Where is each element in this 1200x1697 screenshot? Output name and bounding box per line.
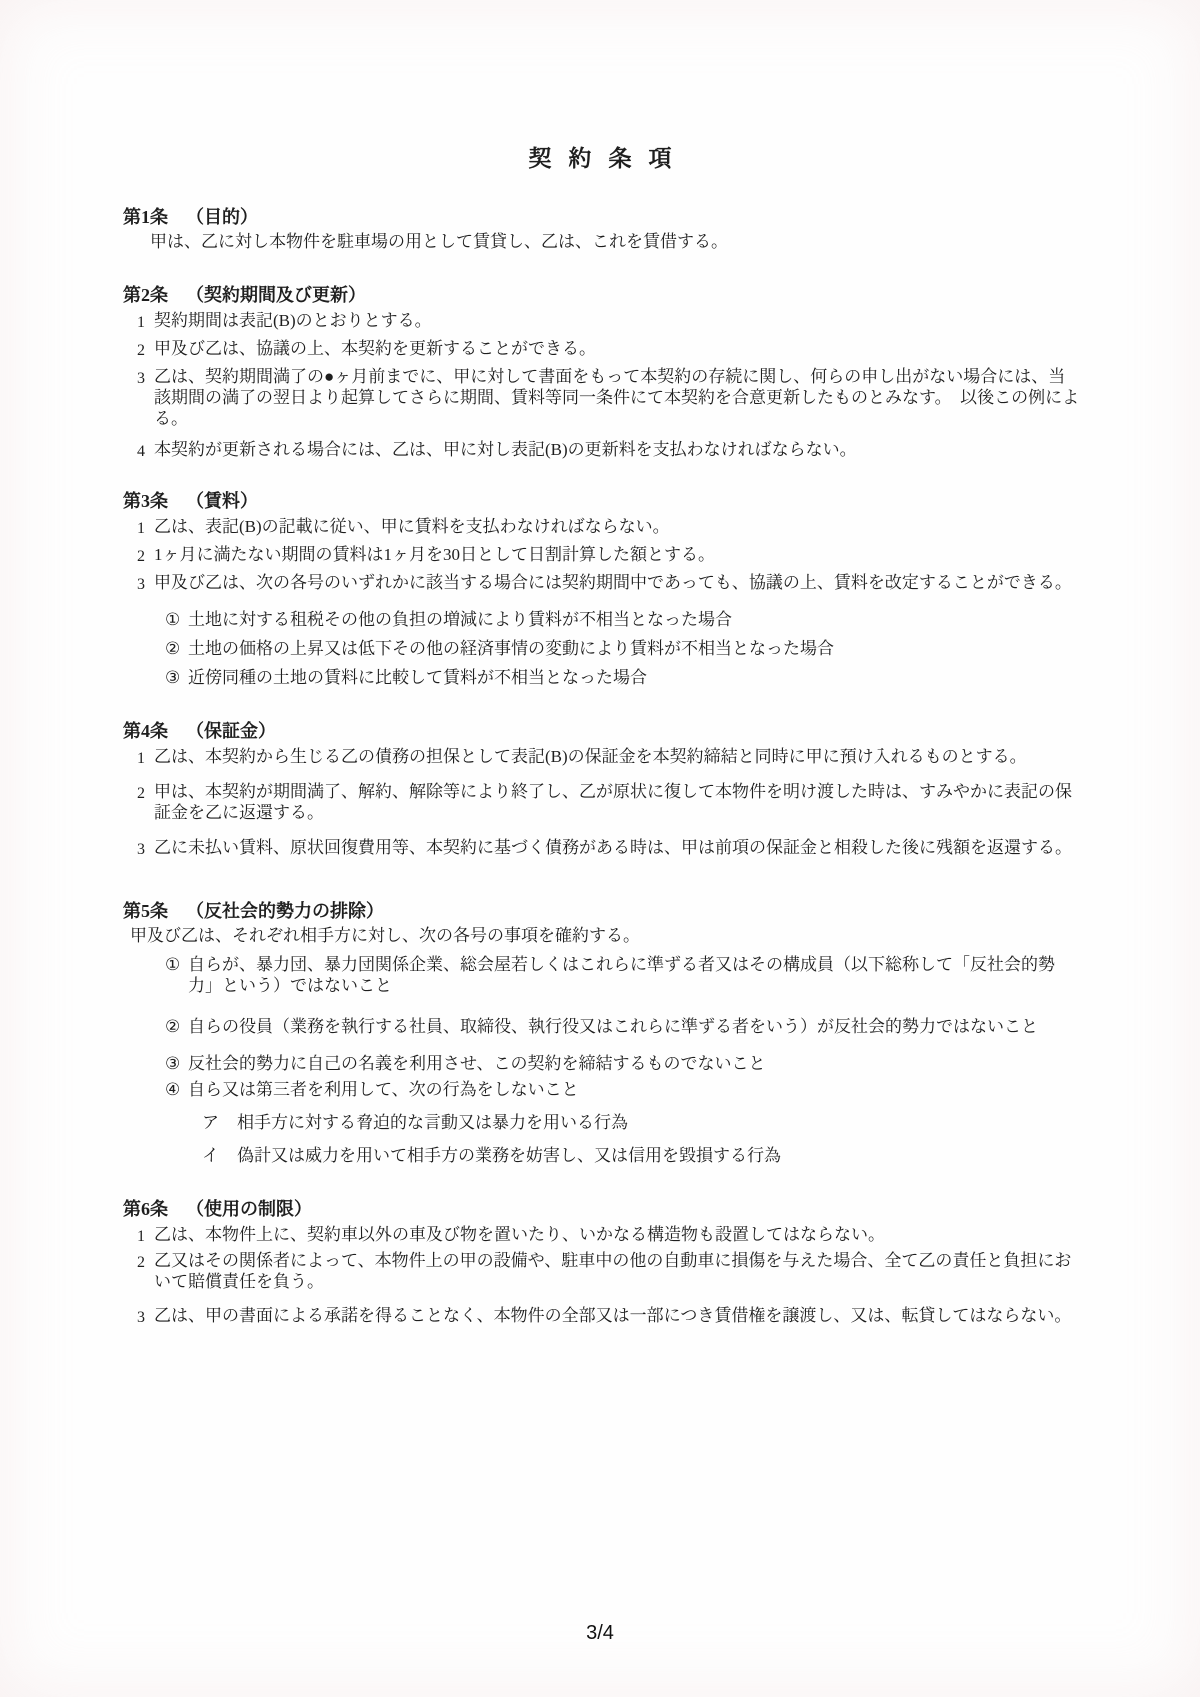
article-item: 2 甲及び乙は、協議の上、本契約を更新することができる。 [154, 338, 1080, 359]
item-text: 乙又はその関係者によって、本物件上の甲の設備や、駐車中の他の自動車に損傷を与えた… [154, 1251, 1071, 1291]
sub-item: ③ 近傍同種の土地の賃料に比較して賃料が不相当となった場合 [188, 667, 1080, 688]
kana-item-text: 偽計又は威力を用いて相手方の業務を妨害し、又は信用を毀損する行為 [237, 1146, 781, 1165]
item-text: 本契約が更新される場合には、乙は、甲に対し表記(B)の更新料を支払わなければなら… [154, 440, 857, 459]
sub-item: ① 自らが、暴力団、暴力団関係企業、総会屋若しくはこれらに準ずる者又はその構成員… [188, 954, 1080, 996]
circled-number: ① [165, 609, 180, 630]
sub-item: ② 土地の価格の上昇又は低下その他の経済事情の変動により賃料が不相当となった場合 [188, 638, 1080, 659]
article-title: （契約期間及び更新） [186, 285, 366, 305]
item-number: 2 [137, 783, 145, 804]
circled-number: ③ [165, 667, 180, 688]
circled-number: ④ [165, 1079, 180, 1100]
sub-item-text: 土地の価格の上昇又は低下その他の経済事情の変動により賃料が不相当となった場合 [188, 639, 834, 658]
article-item: 4 本契約が更新される場合には、乙は、甲に対し表記(B)の更新料を支払わなければ… [154, 439, 1080, 460]
item-number: 2 [137, 1252, 145, 1273]
circled-number: ② [165, 638, 180, 659]
item-text: 乙に未払い賃料、原状回復費用等、本契約に基づく債務がある時は、甲は前項の保証金と… [154, 838, 1072, 857]
sub-item-text: 自らが、暴力団、暴力団関係企業、総会屋若しくはこれらに準ずる者又はその構成員（以… [188, 955, 1055, 995]
contract-page: 契約条項 第1条（目的） 甲は、乙に対し本物件を駐車場の用として賃貸し、乙は、こ… [120, 0, 1080, 1326]
item-number: 1 [137, 748, 145, 769]
article-4: 第4条（保証金） 1 乙は、本契約から生じる乙の債務の担保として表記(B)の保証… [120, 720, 1080, 858]
item-text: 甲及び乙は、協議の上、本契約を更新することができる。 [154, 339, 596, 358]
article-6-heading: 第6条（使用の制限） [123, 1198, 1080, 1220]
article-item: 1 契約期間は表記(B)のとおりとする。 [154, 310, 1080, 331]
item-text: 乙は、本契約から生じる乙の債務の担保として表記(B)の保証金を本契約締結と同時に… [154, 747, 1027, 766]
sub-item: ② 自らの役員（業務を執行する社員、取締役、執行役又はこれらに準ずる者をいう）が… [188, 1016, 1080, 1037]
article-item: 3 乙は、甲の書面による承諾を得ることなく、本物件の全部又は一部につき賃借権を譲… [154, 1305, 1080, 1326]
article-number: 第4条 [123, 721, 168, 741]
sub-item-text: 反社会的勢力に自己の名義を利用させ、この契約を締結するものでないこと [188, 1054, 766, 1073]
sub-item: ① 土地に対する租税その他の負担の増減により賃料が不相当となった場合 [188, 609, 1080, 630]
item-text: 甲は、本契約が期間満了、解約、解除等により終了し、乙が原状に復して本物件を明け渡… [154, 782, 1072, 822]
item-number: 3 [137, 839, 145, 860]
article-5: 第5条（反社会的勢力の排除） 甲及び乙は、それぞれ相手方に対し、次の各号の事項を… [120, 900, 1080, 1166]
sub-item-text: 自ら又は第三者を利用して、次の行為をしないこと [188, 1080, 579, 1099]
item-number: 2 [137, 340, 145, 361]
item-text: 甲及び乙は、次の各号のいずれかに該当する場合には契約期間中であっても、協議の上、… [154, 573, 1072, 592]
article-6: 第6条（使用の制限） 1 乙は、本物件上に、契約車以外の車及び物を置いたり、いか… [120, 1198, 1080, 1326]
article-item: 3 甲及び乙は、次の各号のいずれかに該当する場合には契約期間中であっても、協議の… [154, 572, 1080, 593]
article-1: 第1条（目的） 甲は、乙に対し本物件を駐車場の用として賃貸し、乙は、これを賃借す… [120, 206, 1080, 252]
item-number: 1 [137, 1226, 145, 1247]
circled-number: ② [165, 1016, 180, 1037]
item-number: 3 [137, 574, 145, 595]
article-1-body: 甲は、乙に対し本物件を駐車場の用として賃貸し、乙は、これを賃借する。 [150, 231, 1080, 252]
item-number: 3 [137, 368, 145, 389]
article-5-heading: 第5条（反社会的勢力の排除） [123, 900, 1080, 922]
article-item: 1 乙は、表記(B)の記載に従い、甲に賃料を支払わなければならない。 [154, 516, 1080, 537]
article-number: 第5条 [123, 901, 168, 921]
item-text: 契約期間は表記(B)のとおりとする。 [154, 311, 432, 330]
article-5-intro: 甲及び乙は、それぞれ相手方に対し、次の各号の事項を確約する。 [130, 925, 1060, 946]
article-item: 2 1ヶ月に満たない期間の賃料は1ヶ月を30日として日割計算した額とする。 [154, 544, 1080, 565]
item-text: 1ヶ月に満たない期間の賃料は1ヶ月を30日として日割計算した額とする。 [154, 545, 715, 564]
item-number: 2 [137, 546, 145, 567]
sub-item-text: 近傍同種の土地の賃料に比較して賃料が不相当となった場合 [188, 668, 647, 687]
item-text: 乙は、契約期間満了の●ヶ月前までに、甲に対して書面をもって本契約の存続に関し、何… [154, 367, 1079, 428]
article-item: 2 乙又はその関係者によって、本物件上の甲の設備や、駐車中の他の自動車に損傷を与… [154, 1250, 1080, 1292]
kana-marker: ア [202, 1112, 219, 1133]
item-number: 1 [137, 312, 145, 333]
article-item: 2 甲は、本契約が期間満了、解約、解除等により終了し、乙が原状に復して本物件を明… [154, 781, 1080, 823]
page-number: 3/4 [0, 1622, 1200, 1645]
kana-item-text: 相手方に対する脅迫的な言動又は暴力を用いる行為 [237, 1113, 628, 1132]
article-title: （目的） [186, 207, 258, 227]
numbered-sub-items: ① 土地に対する租税その他の負担の増減により賃料が不相当となった場合 ② 土地の… [120, 609, 1080, 688]
article-title: （保証金） [186, 721, 276, 741]
article-4-heading: 第4条（保証金） [123, 720, 1080, 742]
article-item: 3 乙は、契約期間満了の●ヶ月前までに、甲に対して書面をもって本契約の存続に関し… [154, 366, 1080, 429]
article-title: （賃料） [186, 491, 258, 511]
article-2-heading: 第2条（契約期間及び更新） [123, 284, 1080, 306]
item-text: 乙は、表記(B)の記載に従い、甲に賃料を支払わなければならない。 [154, 517, 670, 536]
article-number: 第6条 [123, 1199, 168, 1219]
article-title: （反社会的勢力の排除） [186, 901, 384, 921]
article-3: 第3条（賃料） 1 乙は、表記(B)の記載に従い、甲に賃料を支払わなければならな… [120, 490, 1080, 688]
article-1-heading: 第1条（目的） [123, 206, 1080, 228]
circled-number: ① [165, 954, 180, 975]
item-text: 乙は、本物件上に、契約車以外の車及び物を置いたり、いかなる構造物も設置してはなら… [154, 1225, 885, 1244]
sub-item: ④ 自ら又は第三者を利用して、次の行為をしないこと [188, 1079, 1080, 1100]
article-item: 1 乙は、本物件上に、契約車以外の車及び物を置いたり、いかなる構造物も設置しては… [154, 1224, 1080, 1245]
article-number: 第3条 [123, 491, 168, 511]
circled-number: ③ [165, 1053, 180, 1074]
item-number: 1 [137, 518, 145, 539]
item-text: 乙は、甲の書面による承諾を得ることなく、本物件の全部又は一部につき賃借権を譲渡し… [154, 1306, 1071, 1325]
kana-sub-item: イ 偽計又は威力を用いて相手方の業務を妨害し、又は信用を毀損する行為 [237, 1145, 1080, 1166]
sub-item-text: 自らの役員（業務を執行する社員、取締役、執行役又はこれらに準ずる者をいう）が反社… [188, 1017, 1038, 1036]
article-item: 3 乙に未払い賃料、原状回復費用等、本契約に基づく債務がある時は、甲は前項の保証… [154, 837, 1080, 858]
article-item: 1 乙は、本契約から生じる乙の債務の担保として表記(B)の保証金を本契約締結と同… [154, 746, 1080, 767]
sub-item: ③ 反社会的勢力に自己の名義を利用させ、この契約を締結するものでないこと [188, 1053, 1080, 1074]
kana-marker: イ [202, 1145, 219, 1166]
article-number: 第2条 [123, 285, 168, 305]
kana-sub-item: ア 相手方に対する脅迫的な言動又は暴力を用いる行為 [237, 1112, 1080, 1133]
document-title: 契約条項 [120, 146, 1080, 172]
article-title: （使用の制限） [186, 1199, 312, 1219]
item-number: 3 [137, 1307, 145, 1328]
item-number: 4 [137, 441, 145, 462]
sub-item-text: 土地に対する租税その他の負担の増減により賃料が不相当となった場合 [188, 610, 732, 629]
article-number: 第1条 [123, 207, 168, 227]
article-3-heading: 第3条（賃料） [123, 490, 1080, 512]
article-2: 第2条（契約期間及び更新） 1 契約期間は表記(B)のとおりとする。 2 甲及び… [120, 284, 1080, 460]
